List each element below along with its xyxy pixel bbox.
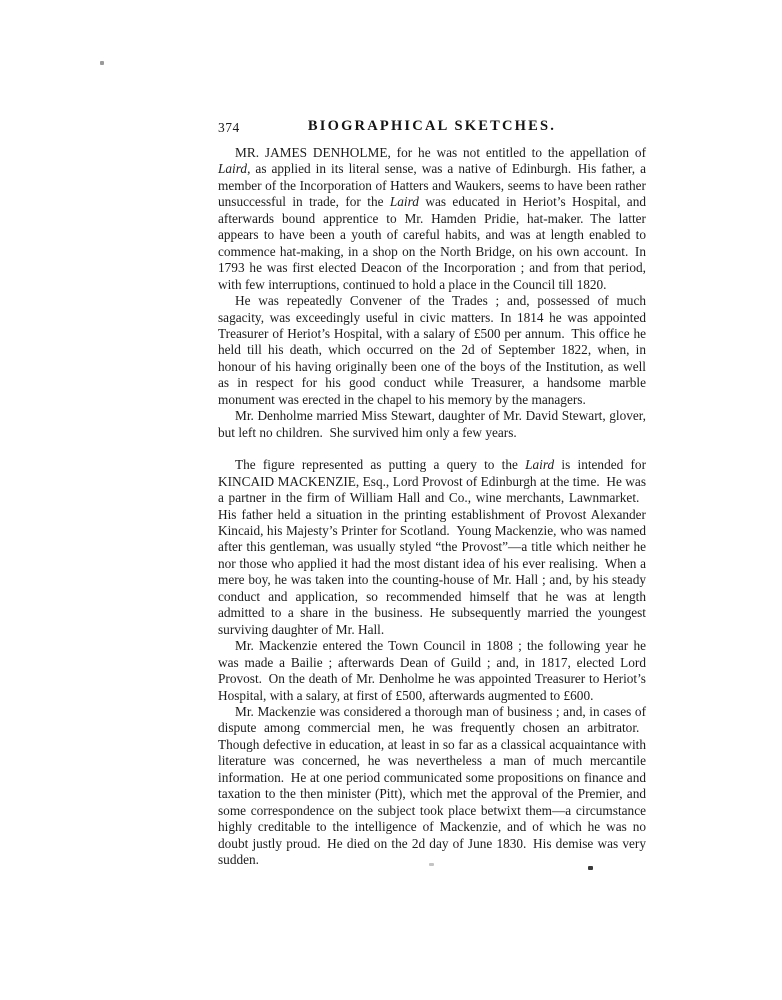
scan-speck [588,866,593,870]
paragraph: Mr. Mackenzie entered the Town Council i… [218,638,646,704]
text-run: MR. JAMES DENHOLME, for he was not entit… [235,145,646,160]
text-run: The figure represented as putting a quer… [235,457,525,472]
text-run: Mr. Mackenzie was considered a thorough … [218,704,646,867]
text-run: is intended for KINCAID MACKENZIE, Esq.,… [218,457,646,637]
text-run: Mr. Denholme married Miss Stewart, daugh… [218,408,646,439]
book-page: 374 BIOGRAPHICAL SKETCHES. MR. JAMES DEN… [0,0,782,1000]
text-run: Mr. Mackenzie entered the Town Council i… [218,638,646,702]
italic-text-run: Laird [218,161,247,176]
italic-text-run: Laird [525,457,554,472]
running-head: 374 BIOGRAPHICAL SKETCHES. [218,118,646,136]
paragraph: Mr. Denholme married Miss Stewart, daugh… [218,408,646,441]
paragraph: Mr. Mackenzie was considered a thorough … [218,704,646,869]
paragraph: MR. JAMES DENHOLME, for he was not entit… [218,145,646,293]
paragraph: He was repeatedly Convener of the Trades… [218,293,646,408]
text-run: He was repeatedly Convener of the Trades… [218,293,646,407]
scan-speck [100,61,104,65]
italic-text-run: Laird [390,194,419,209]
paragraph: The figure represented as putting a quer… [218,457,646,638]
scan-speck [429,863,434,866]
running-title: BIOGRAPHICAL SKETCHES. [218,118,646,135]
body-text: MR. JAMES DENHOLME, for he was not entit… [218,145,646,868]
